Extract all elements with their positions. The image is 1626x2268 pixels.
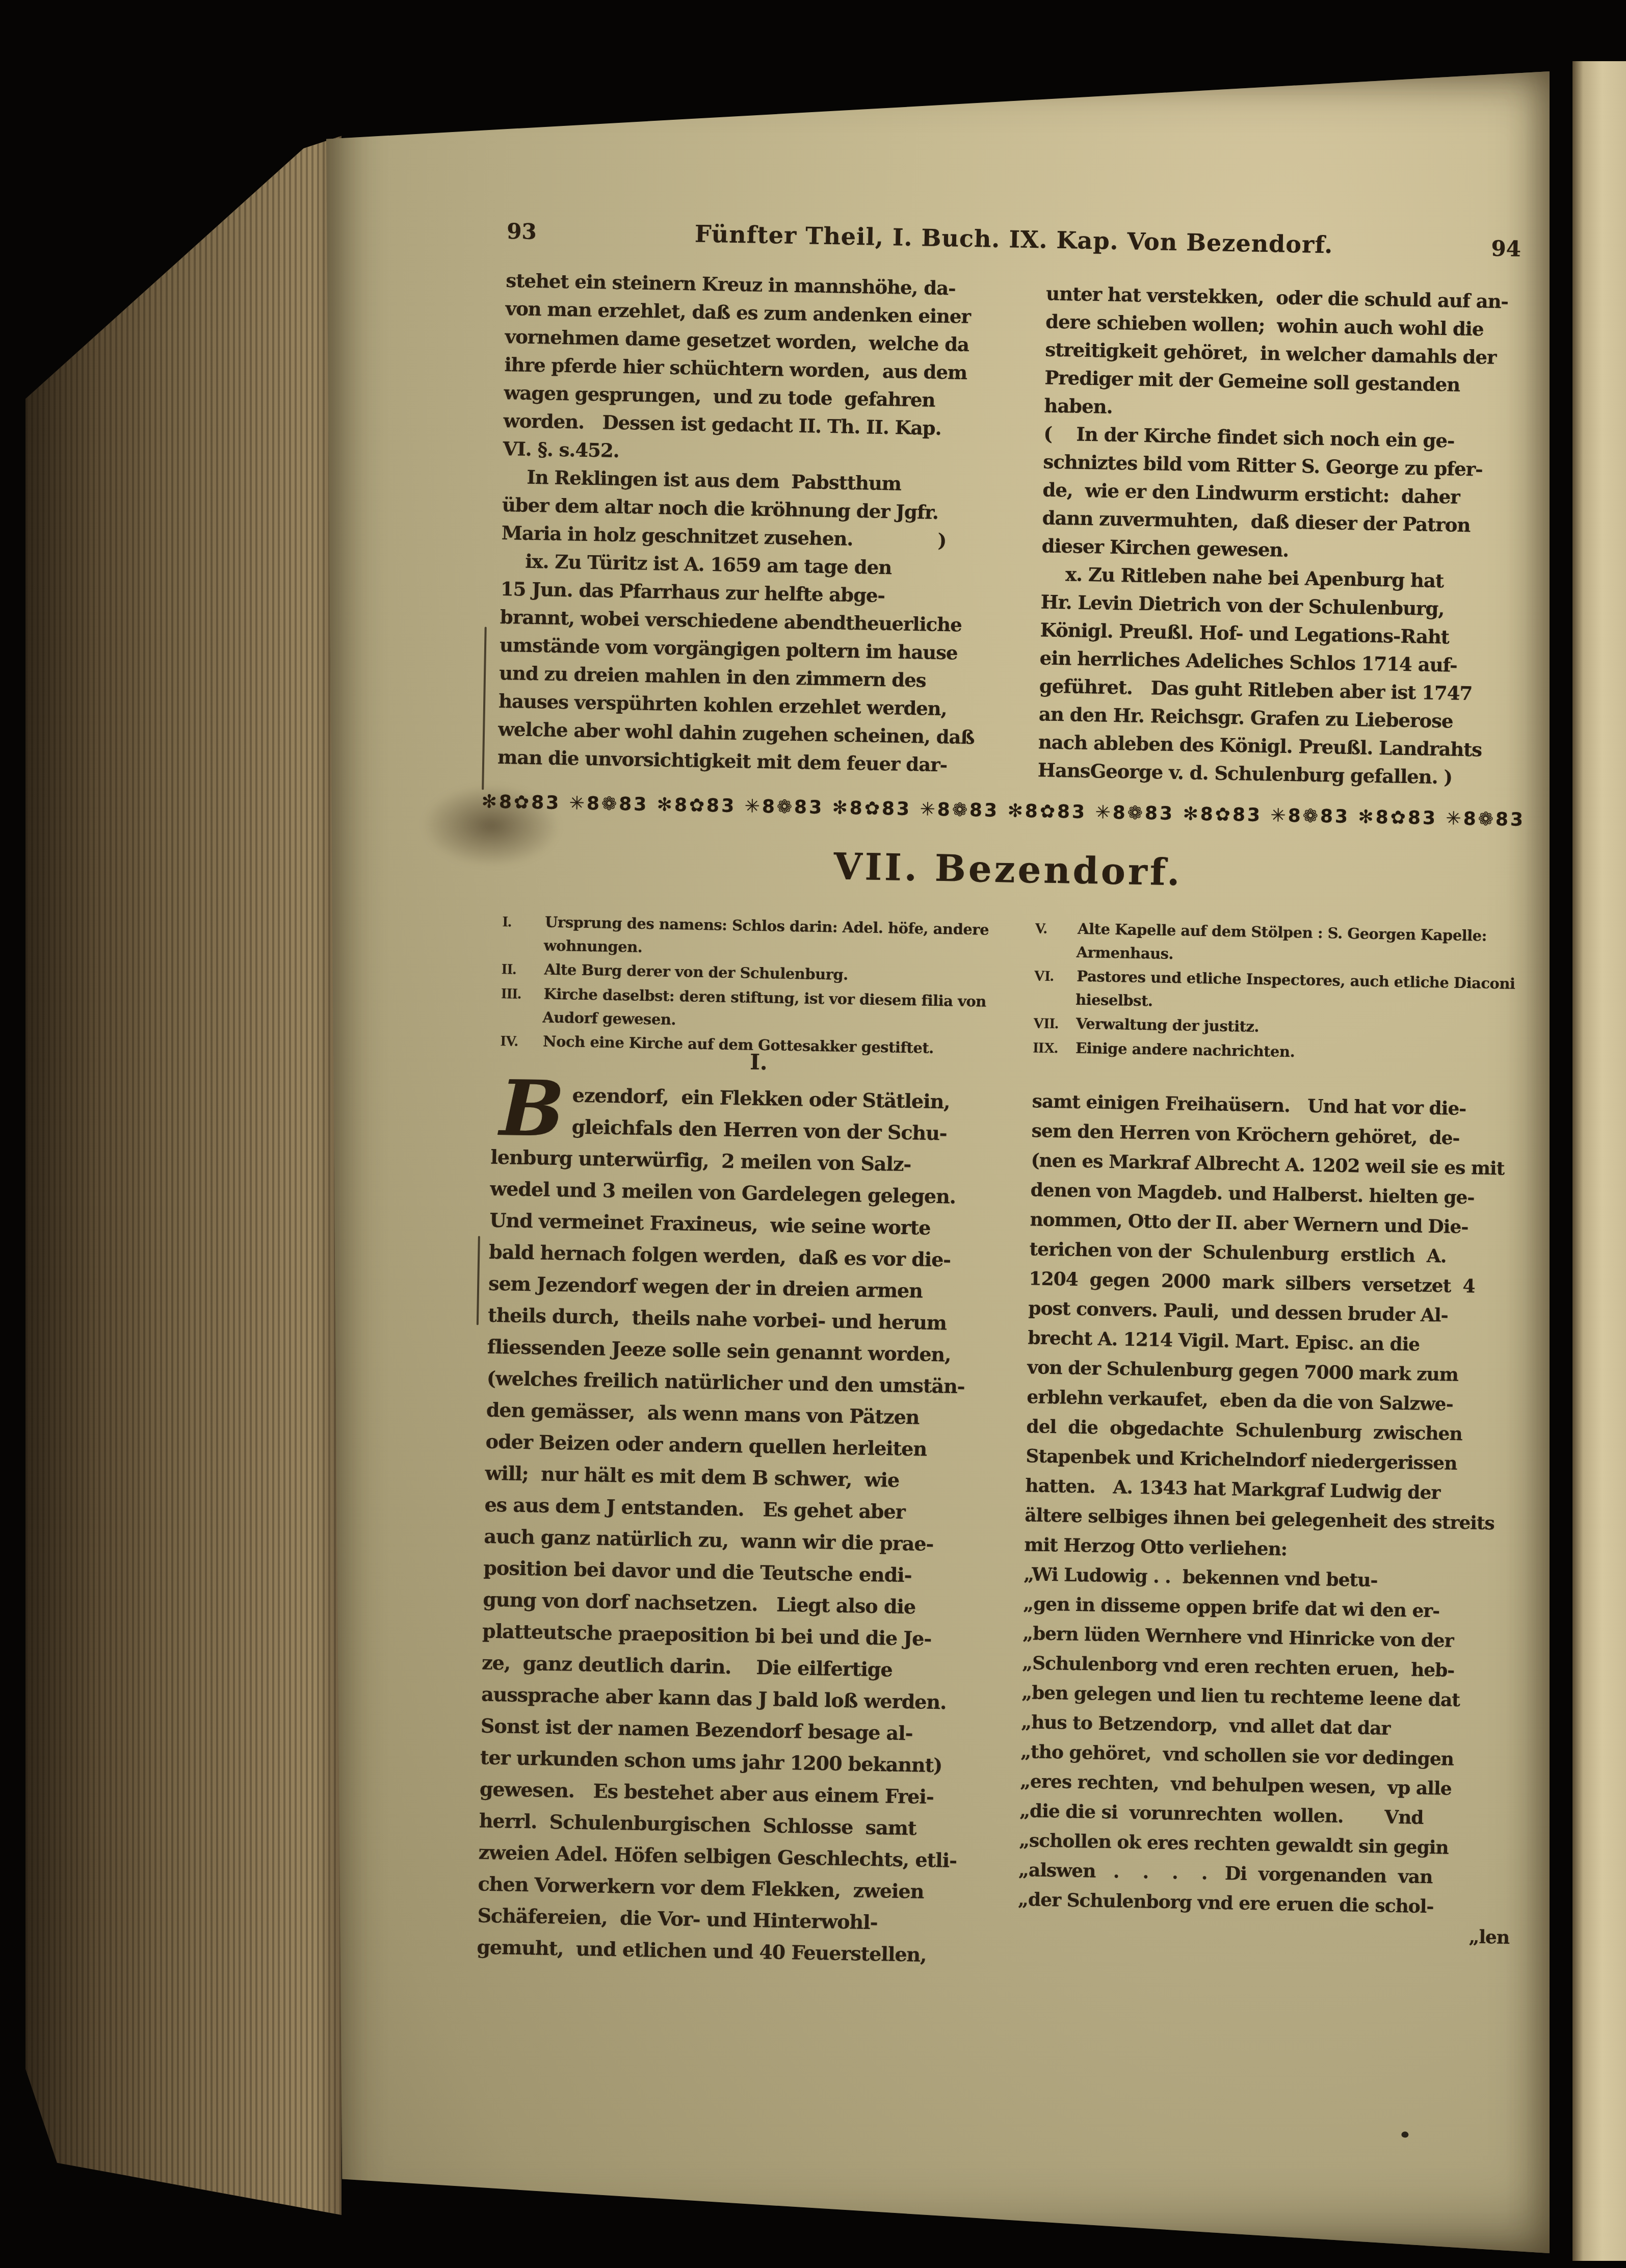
page-content: 93 Fünfter Theil, I. Buch. IX. Kap. Von …: [303, 61, 1564, 2263]
folio-right: 94: [1491, 236, 1521, 262]
toc-item-text: Einige andere nachrichten.: [1070, 1039, 1295, 1061]
toc-item: V. Alte Kapelle auf dem Stölpen : S. Geo…: [1034, 917, 1532, 972]
toc-item-text: Verwaltung der justitz.: [1071, 1015, 1259, 1035]
toc-item-numeral: III.: [501, 982, 539, 1006]
toc-item-text: Kirche daselbst: deren stiftung, ist vor…: [539, 985, 986, 1028]
ink-dot: [1401, 2131, 1408, 2137]
body-left-lines: ezendorf, ein Flekken oder Stätlein,glei…: [477, 1078, 1025, 1972]
toc-item-numeral: I.: [502, 910, 540, 934]
book-photo: 93 Fünfter Theil, I. Buch. IX. Kap. Von …: [0, 0, 1626, 2268]
toc-item-numeral: II.: [502, 958, 540, 981]
facing-page-sliver: [1572, 61, 1626, 2261]
book-page: 93 Fünfter Theil, I. Buch. IX. Kap. Von …: [326, 71, 1550, 2253]
book-fore-edge: [25, 127, 342, 2215]
section-heading: VII. Bezendorf.: [495, 839, 1520, 900]
toc-item-numeral: VII.: [1033, 1012, 1071, 1035]
toc-item: III. Kirche daselbst: deren stiftung, is…: [501, 982, 1026, 1037]
toc-item-numeral: VI.: [1034, 964, 1072, 988]
margin-pen-mark: [482, 627, 487, 790]
outline-right: V. Alte Kapelle auf dem Stölpen : S. Geo…: [1033, 917, 1532, 1069]
toc-item: I. Ursprung des namens: Schlos darin: Ad…: [502, 910, 1027, 966]
toc-item-numeral: IIX.: [1033, 1036, 1071, 1060]
body-right-lines: samt einigen Freihaüsern. Und hat vor di…: [1018, 1086, 1529, 1923]
top-left-column: stehet ein steinern Kreuz in mannshöhe, …: [497, 267, 1039, 780]
body-left-column: B ezendorf, ein Flekken oder Stätlein,gl…: [477, 1078, 1025, 1972]
toc-item-text: Alte Kapelle auf dem Stölpen : S. George…: [1072, 920, 1487, 962]
body-right-column: samt einigen Freihaüsern. Und hat vor di…: [1017, 1086, 1529, 1952]
page-header: 93 Fünfter Theil, I. Buch. IX. Kap. Von …: [507, 217, 1522, 262]
toc-item-text: Pastores und etliche Inspectores, auch e…: [1072, 968, 1515, 1010]
ornament-divider: ✻8✿83 ✳8❁83 ✻8✿83 ✳8❁83 ✻8✿83 ✳8❁83 ✻8✿8…: [481, 791, 1521, 830]
dropcap-letter: B: [491, 1078, 572, 1143]
top-right-column: unter hat verstekken, oder die schuld au…: [1038, 280, 1543, 793]
folio-left: 93: [507, 219, 537, 244]
toc-item-text: Alte Burg derer von der Schulenburg.: [539, 960, 848, 983]
outline-left: I. Ursprung des namens: Schlos darin: Ad…: [500, 910, 1028, 1063]
toc-item: VI. Pastores und etliche Inspectores, au…: [1034, 964, 1531, 1019]
toc-item-numeral: V.: [1035, 917, 1073, 941]
running-title: Fünfter Theil, I. Buch. IX. Kap. Von Bez…: [694, 220, 1333, 258]
toc-item-text: Ursprung des namens: Schlos darin: Adel.…: [540, 913, 989, 956]
margin-pen-mark: [477, 1236, 480, 1325]
